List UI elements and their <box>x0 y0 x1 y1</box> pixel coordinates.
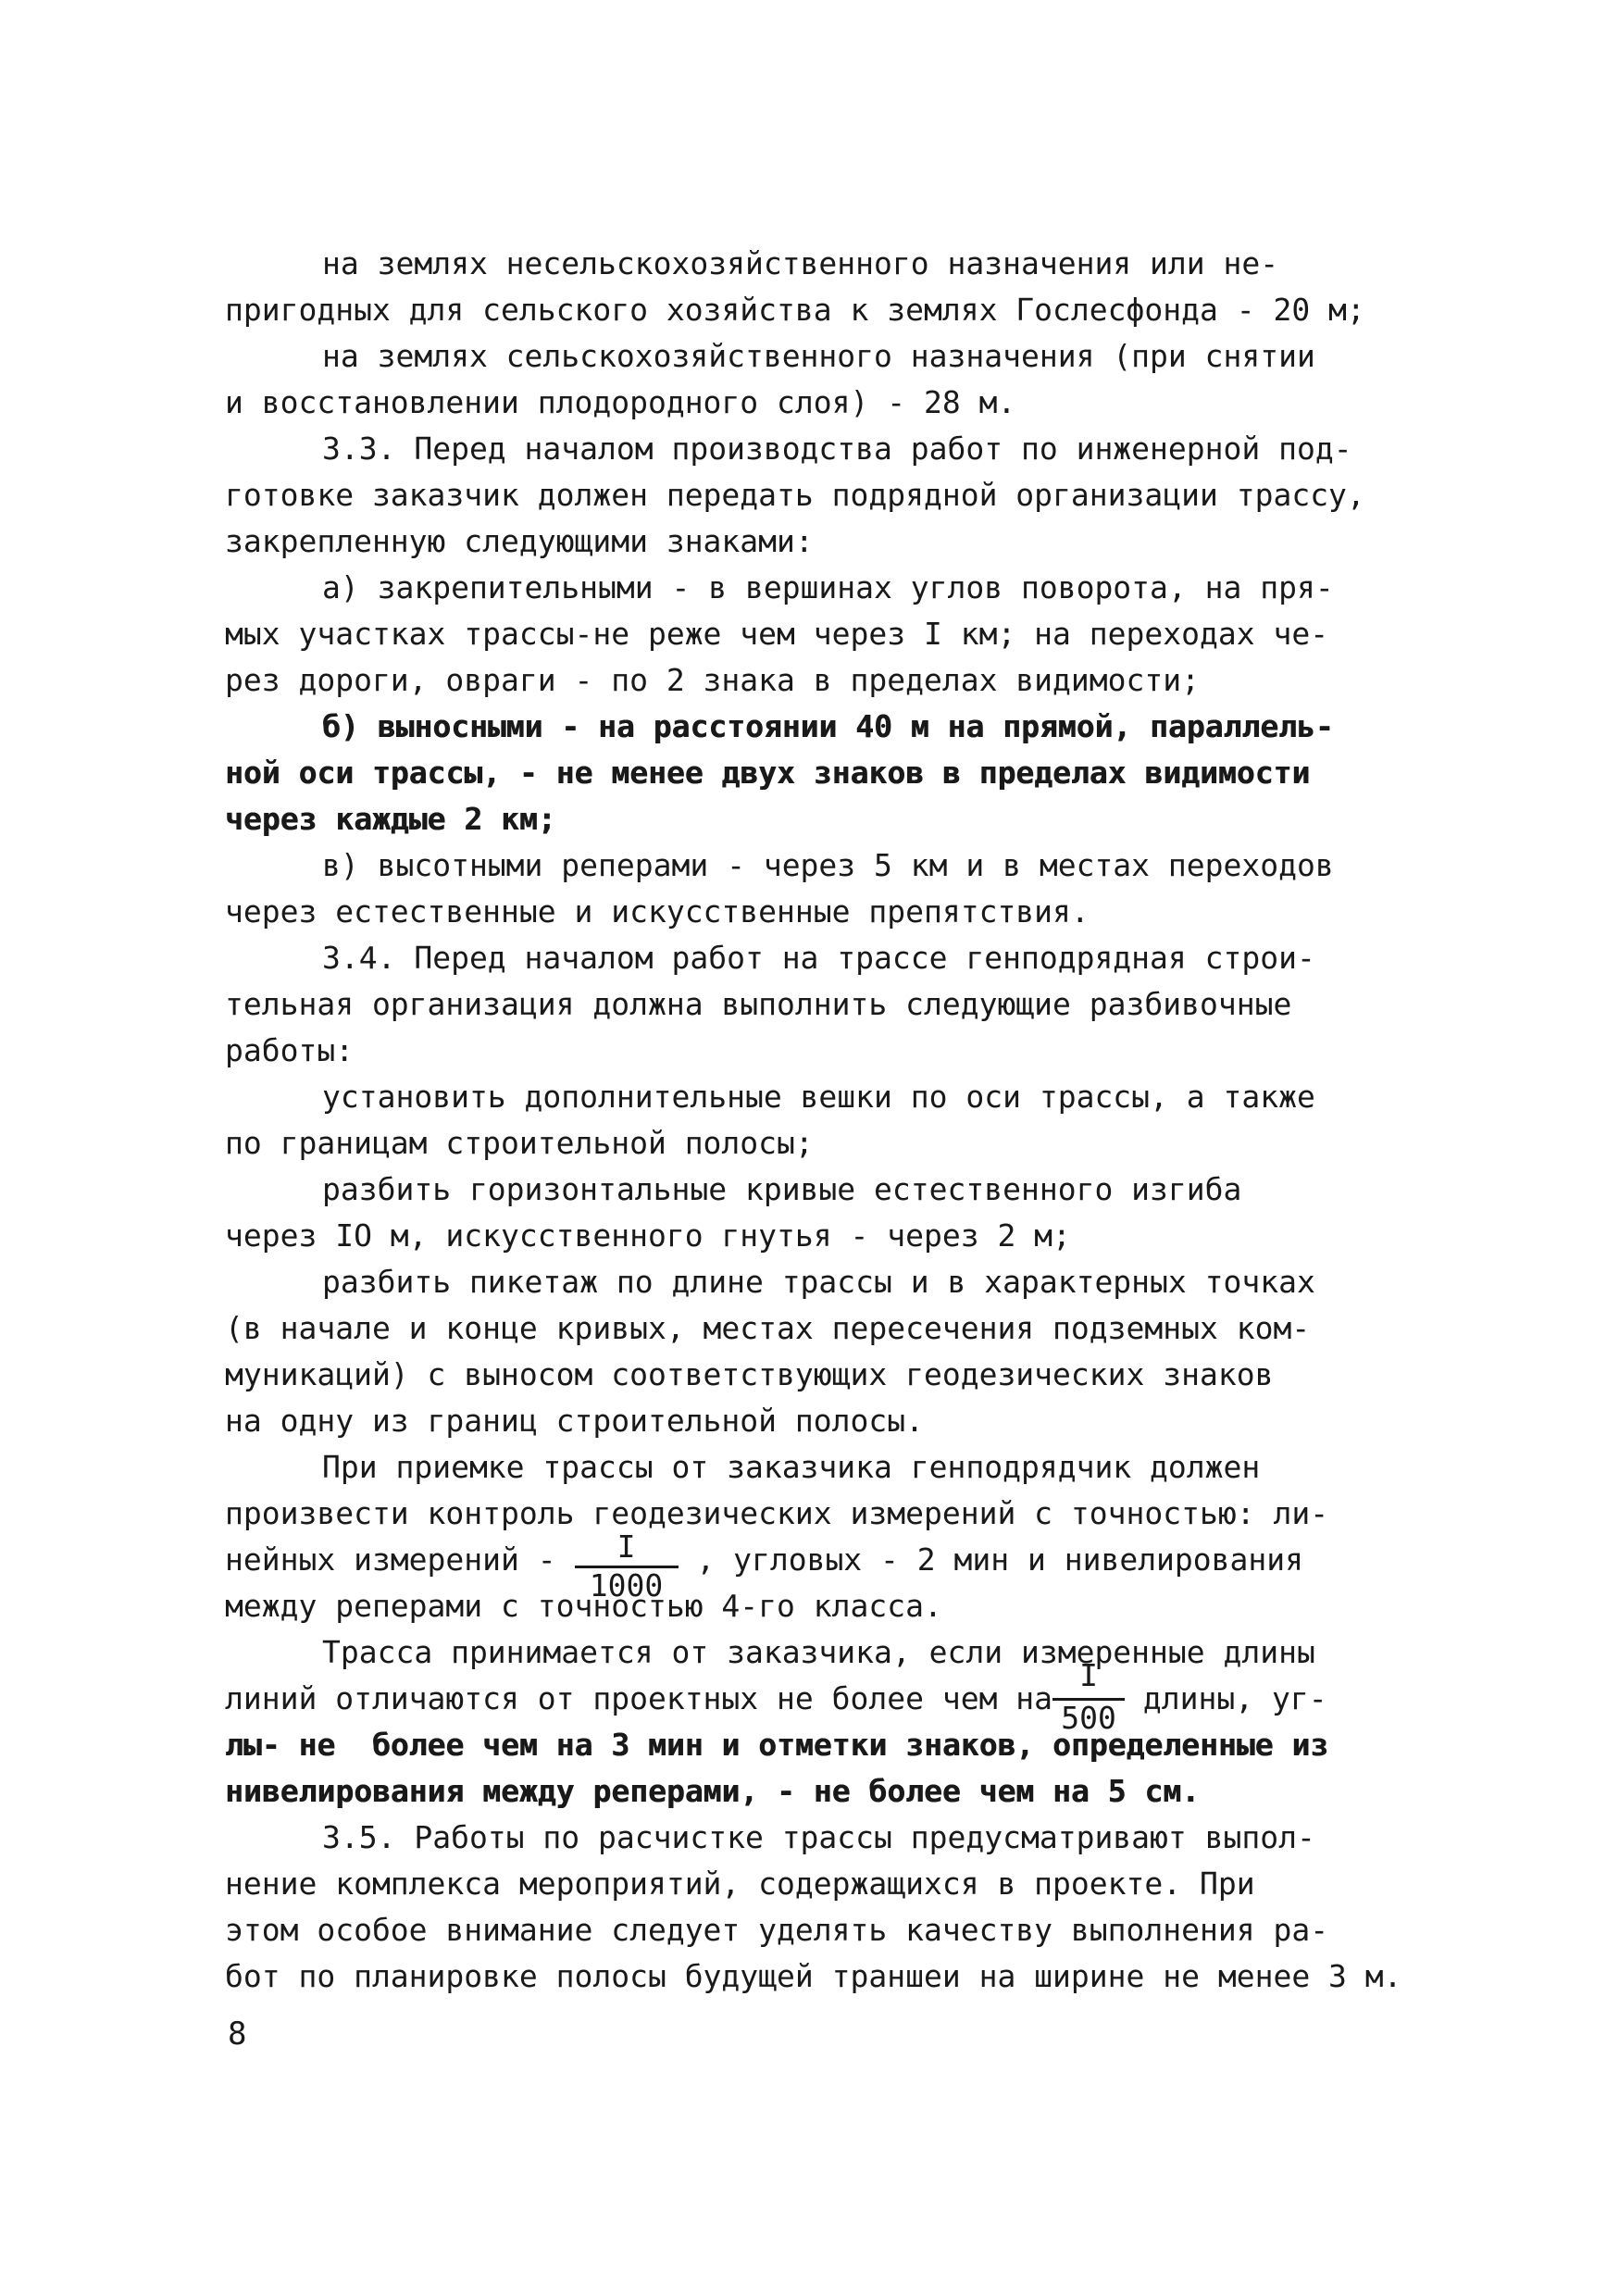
text-segment: ной оси трассы, - не менее двух знаков в… <box>225 755 1310 791</box>
text-segment: лы- не более чем на 3 мин и отметки знак… <box>225 1727 1328 1763</box>
fraction-numerator: I <box>1052 1660 1125 1691</box>
text-line: разбить пикетаж по длине трассы и в хара… <box>225 1259 1539 1305</box>
fraction-numerator: I <box>575 1531 679 1562</box>
fraction: I1000 <box>575 1537 679 1583</box>
text-segment: произвести контроль геодезических измере… <box>225 1495 1328 1531</box>
text-segment: (в начале и конце кривых, местах пересеч… <box>225 1310 1310 1346</box>
fraction-denominator: 1000 <box>575 1566 679 1601</box>
text-line: этом особое внимание следует уделять кач… <box>225 1907 1539 1953</box>
text-line: готовке заказчик должен передать подрядн… <box>225 472 1539 518</box>
text-segment: нивелирования между реперами, - не более… <box>225 1773 1200 1809</box>
text-segment: муникаций) с выносом соответствующих гео… <box>225 1356 1273 1392</box>
text-segment: пригодных для сельского хозяйства к земл… <box>225 292 1365 328</box>
text-line: а) закрепительными - в вершинах углов по… <box>225 565 1539 611</box>
text-line: 3.4. Перед началом работ на трассе генпо… <box>225 935 1539 981</box>
text-line: через IO м, искусственного гнутья - чере… <box>225 1213 1539 1259</box>
text-line: ной оси трассы, - не менее двух знаков в… <box>225 750 1539 796</box>
text-line: лы- не более чем на 3 мин и отметки знак… <box>225 1722 1539 1768</box>
text-segment: через естественные и искусственные препя… <box>225 893 1090 930</box>
text-line: между реперами с точностью 4-го класса. <box>225 1583 1539 1629</box>
text-line: через естественные и искусственные препя… <box>225 889 1539 935</box>
text-segment: готовке заказчик должен передать подрядн… <box>225 477 1365 513</box>
text-line: Трасса принимается от заказчика, если из… <box>225 1629 1539 1676</box>
text-segment: 3.3. Перед началом производства работ по… <box>322 430 1352 467</box>
text-segment: через каждые 2 км; <box>225 801 556 837</box>
text-segment: через IO м, искусственного гнутья - чере… <box>225 1217 1071 1254</box>
text-segment: нейных измерений - <box>225 1541 575 1578</box>
text-segment: 3.4. Перед началом работ на трассе генпо… <box>322 940 1315 976</box>
text-line: через каждые 2 км; <box>225 796 1539 842</box>
text-line: 3.5. Работы по расчистке трассы предусма… <box>225 1815 1539 1861</box>
text-segment: нение комплекса мероприятий, содержащихс… <box>225 1865 1255 1902</box>
text-line: работы: <box>225 1028 1539 1074</box>
text-line: 3.3. Перед началом производства работ по… <box>225 426 1539 472</box>
text-segment: б) выносными - на расстоянии 40 м на пря… <box>322 708 1334 744</box>
fraction-denominator: 500 <box>1052 1698 1125 1733</box>
text-line: (в начале и конце кривых, местах пересеч… <box>225 1305 1539 1352</box>
text-line: При приемке трассы от заказчика генподря… <box>225 1444 1539 1491</box>
text-segment: линий отличаются от проектных не более ч… <box>225 1680 1052 1716</box>
text-line: в) высотными реперами - через 5 км и в м… <box>225 842 1539 889</box>
text-segment: и восстановлении плодородного слоя) - 28… <box>225 384 1015 420</box>
text-line: разбить горизонтальные кривые естественн… <box>225 1167 1539 1213</box>
text-line: рез дороги, овраги - по 2 знака в предел… <box>225 657 1539 704</box>
text-line: нение комплекса мероприятий, содержащихс… <box>225 1861 1539 1907</box>
text-segment: При приемке трассы от заказчика генподря… <box>322 1449 1260 1485</box>
text-line: линий отличаются от проектных не более ч… <box>225 1676 1539 1722</box>
document-page: на землях несельскохозяйственного назнач… <box>0 0 1619 2296</box>
text-line: муникаций) с выносом соответствующих гео… <box>225 1352 1539 1398</box>
fraction: I500 <box>1052 1676 1125 1722</box>
text-line: тельная организация должна выполнить сле… <box>225 981 1539 1028</box>
text-line: бот по планировке полосы будущей траншеи… <box>225 1953 1539 2000</box>
text-line: по границам строительной полосы; <box>225 1120 1539 1167</box>
text-line: на землях несельскохозяйственного назнач… <box>225 241 1539 287</box>
text-line: б) выносными - на расстоянии 40 м на пря… <box>225 704 1539 750</box>
text-segment: в) высотными реперами - через 5 км и в м… <box>322 847 1334 883</box>
text-segment: по границам строительной полосы; <box>225 1125 814 1161</box>
text-line: нейных измерений - I1000 , угловых - 2 м… <box>225 1537 1539 1583</box>
text-segment: мых участках трассы-не реже чем через I … <box>225 616 1328 652</box>
text-segment: длины, уг- <box>1125 1680 1327 1716</box>
text-line: пригодных для сельского хозяйства к земл… <box>225 287 1539 333</box>
text-line: на землях сельскохозяйственного назначен… <box>225 333 1539 380</box>
text-line: нивелирования между реперами, - не более… <box>225 1768 1539 1815</box>
text-line: мых участках трассы-не реже чем через I … <box>225 611 1539 657</box>
text-line: и восстановлении плодородного слоя) - 28… <box>225 380 1539 426</box>
page-number: 8 <box>228 2011 246 2057</box>
text-line: на одну из границ строительной полосы. <box>225 1398 1539 1444</box>
text-segment: бот по планировке полосы будущей траншеи… <box>225 1958 1402 1994</box>
text-segment: а) закрепительными - в вершинах углов по… <box>322 569 1334 605</box>
text-segment: на одну из границ строительной полосы. <box>225 1403 924 1439</box>
text-line: установить дополнительные вешки по оси т… <box>225 1074 1539 1120</box>
text-segment: , угловых - 2 мин и нивелирования <box>679 1541 1304 1578</box>
text-line: закрепленную следующими знаками: <box>225 518 1539 565</box>
text-line: произвести контроль геодезических измере… <box>225 1491 1539 1537</box>
text-segment: рез дороги, овраги - по 2 знака в предел… <box>225 662 1200 698</box>
text-segment: на землях сельскохозяйственного назначен… <box>322 338 1315 374</box>
text-segment: на землях несельскохозяйственного назнач… <box>322 245 1278 281</box>
text-segment: этом особое внимание следует уделять кач… <box>225 1912 1328 1948</box>
document-text: на землях несельскохозяйственного назнач… <box>225 241 1539 2000</box>
text-segment: разбить пикетаж по длине трассы и в хара… <box>322 1264 1315 1300</box>
text-segment: работы: <box>225 1032 354 1068</box>
text-segment: установить дополнительные вешки по оси т… <box>322 1079 1315 1115</box>
text-segment: разбить горизонтальные кривые естественн… <box>322 1171 1241 1207</box>
text-segment: Трасса принимается от заказчика, если из… <box>322 1634 1315 1670</box>
text-segment: тельная организация должна выполнить сле… <box>225 986 1291 1022</box>
text-segment: 3.5. Работы по расчистке трассы предусма… <box>322 1819 1315 1855</box>
text-segment: закрепленную следующими знаками: <box>225 523 814 559</box>
